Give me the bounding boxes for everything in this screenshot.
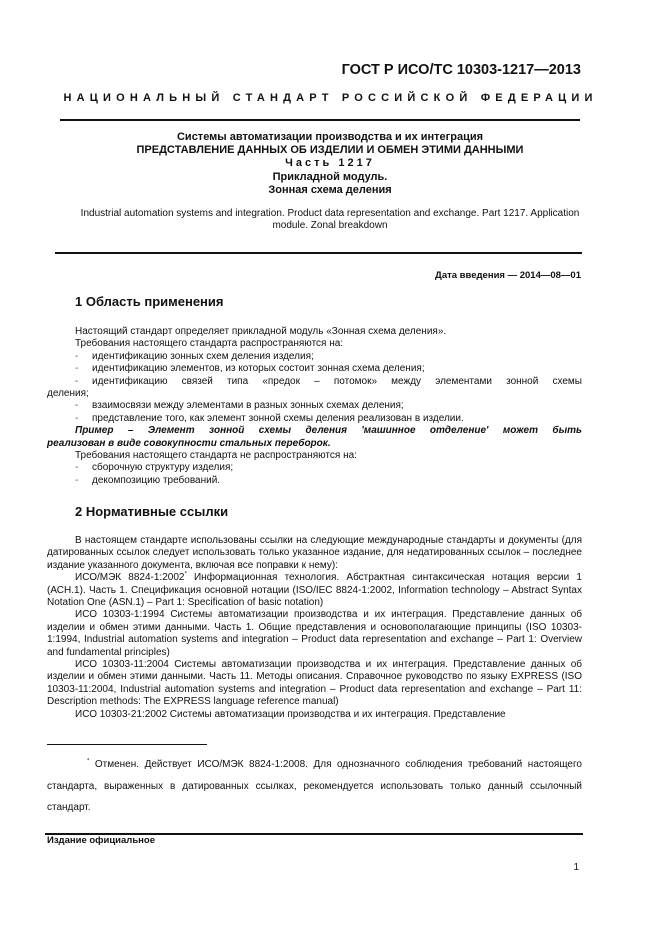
list-item: -декомпозицию требований. — [47, 475, 582, 487]
title-part: Часть 1217 — [60, 157, 600, 170]
national-standard-heading: НАЦИОНАЛЬНЫЙ СТАНДАРТ РОССИЙСКОЙ ФЕДЕРАЦ… — [0, 92, 661, 104]
not-applies-intro: Требования настоящего стандарта не распр… — [47, 450, 582, 462]
list-item: -идентификацию зонных схем деления издел… — [47, 351, 582, 363]
title-line-1: Системы автоматизации производства и их … — [60, 131, 600, 144]
english-title: Industrial automation systems and integr… — [70, 208, 590, 232]
list-item: -представление того, как элемент зонной … — [47, 413, 582, 425]
introduction-date: Дата введения — 2014—08—01 — [435, 270, 581, 281]
page-number: 1 — [573, 862, 579, 873]
reference-item: ИСО 10303-21:2002 Системы автоматизации … — [47, 709, 582, 721]
list-item-wrap: деления; — [47, 388, 582, 400]
footnote: * Отменен. Действует ИСО/МЭК 8824-1:2008… — [47, 754, 582, 819]
list-item: -идентификацию связей типа «предок – пот… — [47, 376, 582, 388]
applies-intro: Требования настоящего стандарта распрост… — [47, 338, 582, 350]
reference-item: ИСО/МЭК 8824-1:2002* Информационная техн… — [47, 572, 582, 609]
section-2-heading: 2 Нормативные ссылки — [75, 504, 228, 519]
standard-code: ГОСТ Р ИСО/ТС 10303-1217—2013 — [342, 62, 581, 78]
list-item: -идентификацию элементов, из которых сос… — [47, 363, 582, 375]
title-line-4: Прикладной модуль. — [60, 171, 600, 184]
section-2-body: В настоящем стандарте использованы ссылк… — [47, 535, 582, 721]
official-edition-label: Издание официальное — [47, 835, 155, 846]
title-line-5: Зонная схема деления — [60, 184, 600, 197]
list-item: -сборочную структуру изделия; — [47, 462, 582, 474]
header-divider — [60, 119, 580, 121]
title-line-2: ПРЕДСТАВЛЕНИЕ ДАННЫХ ОБ ИЗДЕЛИИ И ОБМЕН … — [60, 144, 600, 157]
list-item: -взаимосвязи между элементами в разных з… — [47, 400, 582, 412]
references-intro: В настоящем стандарте использованы ссылк… — [47, 535, 582, 572]
document-title-block: Системы автоматизации производства и их … — [60, 131, 600, 197]
example-note: Пример – Элемент зонной схемы деления 'м… — [47, 425, 582, 437]
title-divider — [55, 252, 582, 254]
scope-paragraph: Настоящий стандарт определяет прикладной… — [47, 326, 582, 338]
example-note-cont: реализован в виде совокупности стальных … — [47, 438, 582, 450]
section-1-body: Настоящий стандарт определяет прикладной… — [47, 326, 582, 487]
reference-item: ИСО 10303-1:1994 Системы автоматизации п… — [47, 609, 582, 659]
reference-item: ИСО 10303-11:2004 Системы автоматизации … — [47, 659, 582, 709]
footnote-divider — [47, 744, 207, 745]
section-1-heading: 1 Область применения — [75, 294, 224, 309]
